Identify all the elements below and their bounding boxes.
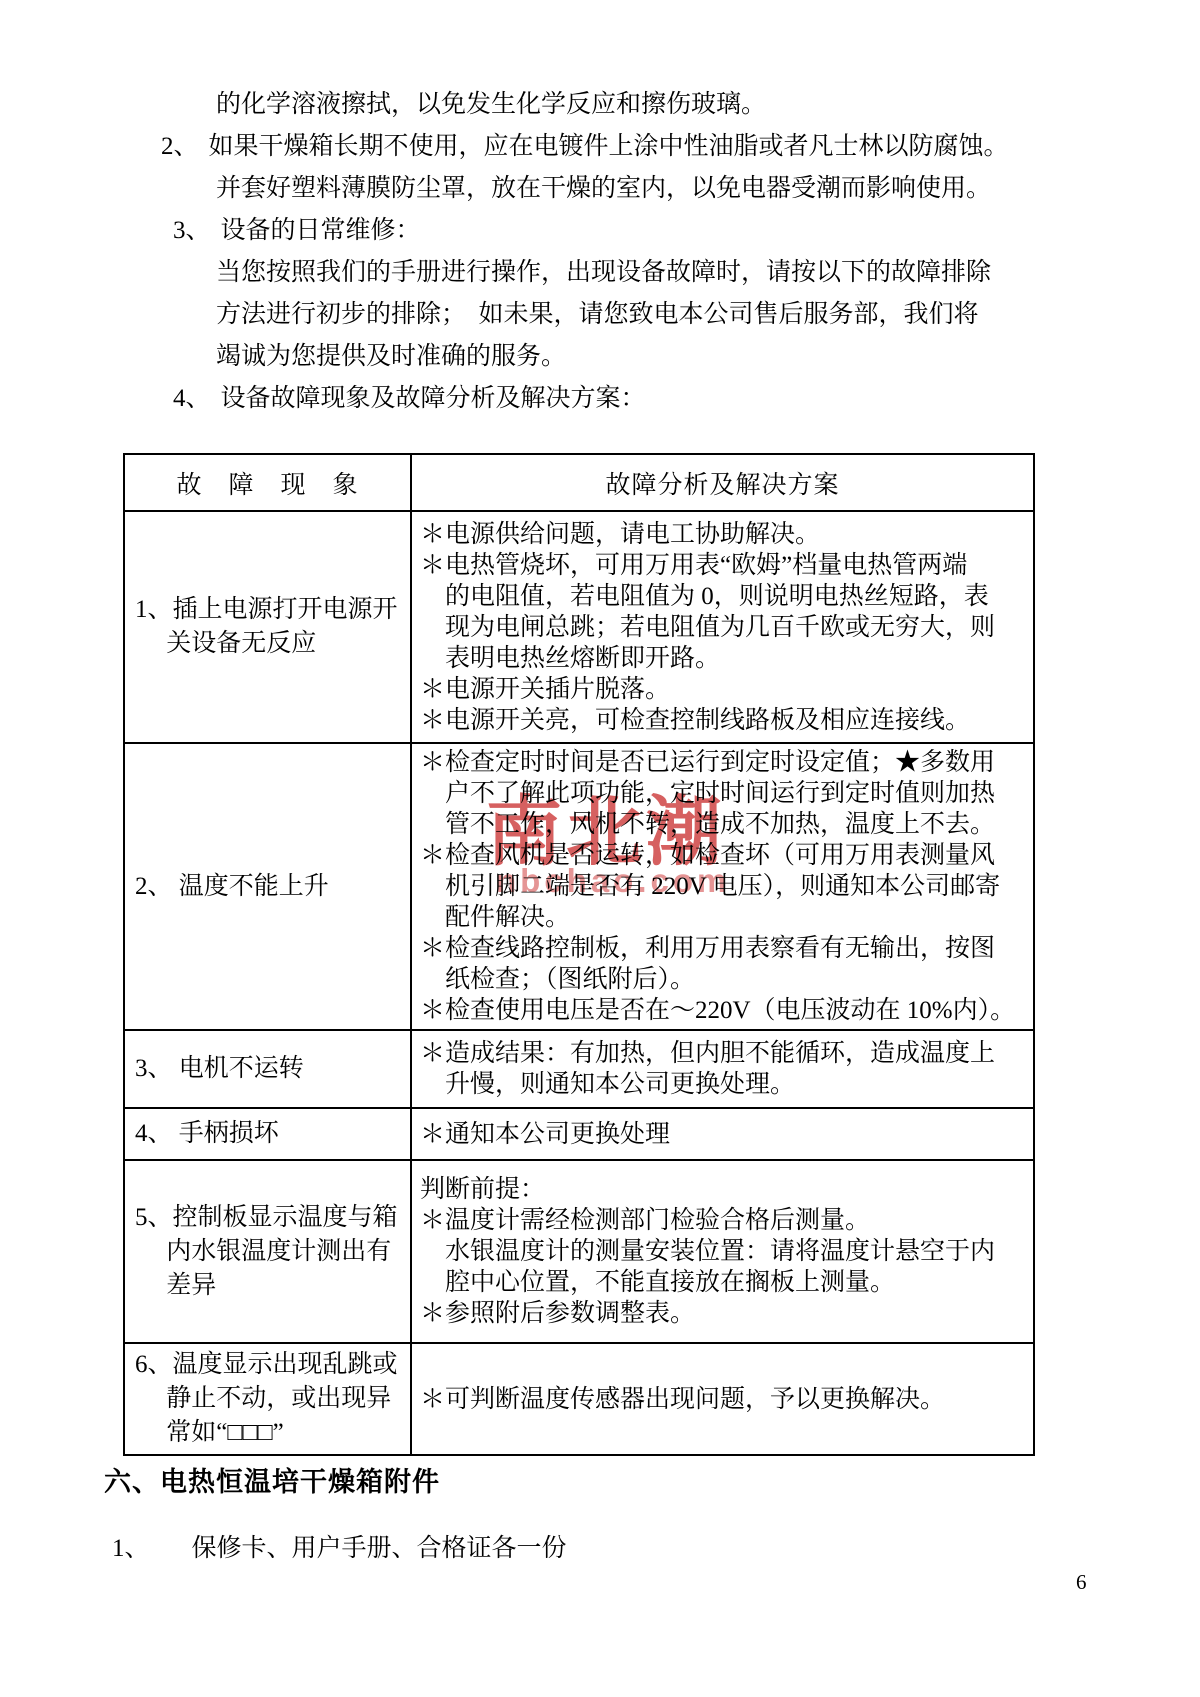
accessory-list-item: 1、保修卡、用户手册、合格证各一份 [112, 1528, 567, 1564]
solution-cell: ＊通知本公司更换处理 [411, 1108, 1034, 1160]
page-number: 6 [1076, 1570, 1087, 1595]
symptom-cell: 3、 电机不运转 [124, 1030, 411, 1108]
intro-line: 3、设备的日常维修： [0, 210, 1110, 252]
solution-cell: ＊造成结果：有加热，但内胆不能循环，造成温度上 升慢，则通知本公司更换处理。 [411, 1030, 1034, 1108]
solution-cell: ＊电源供给问题，请电工协助解决。 ＊电热管烧坏，可用万用表“欧姆”档量电热管两端… [411, 511, 1034, 743]
symptom-cell: 5、控制板显示温度与箱 内水银温度计测出有 差异 [124, 1160, 411, 1343]
table-row: 6、温度显示出现乱跳或 静止不动，或出现异 常如“□□□” ＊可判断温度传感器出… [124, 1343, 1034, 1455]
solution-cell: ＊可判断温度传感器出现问题，予以更换解决。 [411, 1343, 1034, 1455]
intro-line-text: 竭诚为您提供及时准确的服务。 [216, 343, 566, 370]
symptom-cell: 1、插上电源打开电源开 关设备无反应 [124, 511, 411, 743]
symptom-cell: 6、温度显示出现乱跳或 静止不动，或出现异 常如“□□□” [124, 1343, 411, 1455]
symptom-cell: 4、 手柄损坏 [124, 1108, 411, 1160]
intro-line-text: 设备的日常维修： [221, 217, 421, 244]
intro-line-text: 当您按照我们的手册进行操作，出现设备故障时，请按以下的故障排除 [216, 259, 991, 286]
fault-diagnosis-table: 故 障 现 象 故障分析及解决方案 1、插上电源打开电源开 关设备无反应 ＊电源… [123, 453, 1035, 1456]
list-number: 2、 [161, 133, 199, 160]
table-row: 4、 手柄损坏 ＊通知本公司更换处理 [124, 1108, 1034, 1160]
column-header-symptom: 故 障 现 象 [124, 454, 411, 511]
list-number: 3、 [173, 217, 211, 244]
maintenance-intro-paragraphs: 的化学溶液擦拭，以免发生化学反应和擦伤玻璃。 2、如果干燥箱长期不使用，应在电镀… [0, 84, 1110, 420]
intro-line: 并套好塑料薄膜防尘罩，放在干燥的室内，以免电器受潮而影响使用。 [0, 168, 1110, 210]
symptom-cell: 2、 温度不能上升 [124, 743, 411, 1030]
section-heading-accessories: 六、电热恒温培干燥箱附件 [104, 1460, 440, 1499]
intro-line-text: 的化学溶液擦拭，以免发生化学反应和擦伤玻璃。 [216, 91, 766, 118]
list-number: 1、 [112, 1528, 150, 1564]
table-row: 5、控制板显示温度与箱 内水银温度计测出有 差异 判断前提： ＊温度计需经检测部… [124, 1160, 1034, 1343]
fault-diagnosis-table-wrap: 故 障 现 象 故障分析及解决方案 1、插上电源打开电源开 关设备无反应 ＊电源… [123, 453, 1035, 1456]
table-row: 2、 温度不能上升 ＊检查定时时间是否已运行到定时设定值；★多数用 户不了解此项… [124, 743, 1034, 1030]
intro-line: 方法进行初步的排除； 如未果，请您致电本公司售后服务部，我们将 [0, 294, 1110, 336]
solution-cell: ＊检查定时时间是否已运行到定时设定值；★多数用 户不了解此项功能，定时时间运行到… [411, 743, 1034, 1030]
intro-line: 的化学溶液擦拭，以免发生化学反应和擦伤玻璃。 [0, 84, 1110, 126]
intro-line: 4、设备故障现象及故障分析及解决方案： [0, 378, 1110, 420]
document-page: 的化学溶液擦拭，以免发生化学反应和擦伤玻璃。 2、如果干燥箱长期不使用，应在电镀… [0, 0, 1200, 1697]
accessory-item-text: 保修卡、用户手册、合格证各一份 [192, 1535, 567, 1562]
table-row: 3、 电机不运转 ＊造成结果：有加热，但内胆不能循环，造成温度上 升慢，则通知本… [124, 1030, 1034, 1108]
intro-line-text: 并套好塑料薄膜防尘罩，放在干燥的室内，以免电器受潮而影响使用。 [216, 175, 991, 202]
column-header-solution: 故障分析及解决方案 [411, 454, 1034, 511]
table-row: 1、插上电源打开电源开 关设备无反应 ＊电源供给问题，请电工协助解决。 ＊电热管… [124, 511, 1034, 743]
intro-line-text: 设备故障现象及故障分析及解决方案： [221, 385, 646, 412]
list-number: 4、 [173, 385, 211, 412]
intro-line-text: 如果干燥箱长期不使用，应在电镀件上涂中性油脂或者凡士林以防腐蚀。 [209, 133, 1009, 160]
table-header-row: 故 障 现 象 故障分析及解决方案 [124, 454, 1034, 511]
solution-cell: 判断前提： ＊温度计需经检测部门检验合格后测量。 水银温度计的测量安装位置：请将… [411, 1160, 1034, 1343]
intro-line: 当您按照我们的手册进行操作，出现设备故障时，请按以下的故障排除 [0, 252, 1110, 294]
intro-line: 2、如果干燥箱长期不使用，应在电镀件上涂中性油脂或者凡士林以防腐蚀。 [0, 126, 1110, 168]
intro-line: 竭诚为您提供及时准确的服务。 [0, 336, 1110, 378]
intro-line-text: 方法进行初步的排除； 如未果，请您致电本公司售后服务部，我们将 [216, 301, 979, 328]
